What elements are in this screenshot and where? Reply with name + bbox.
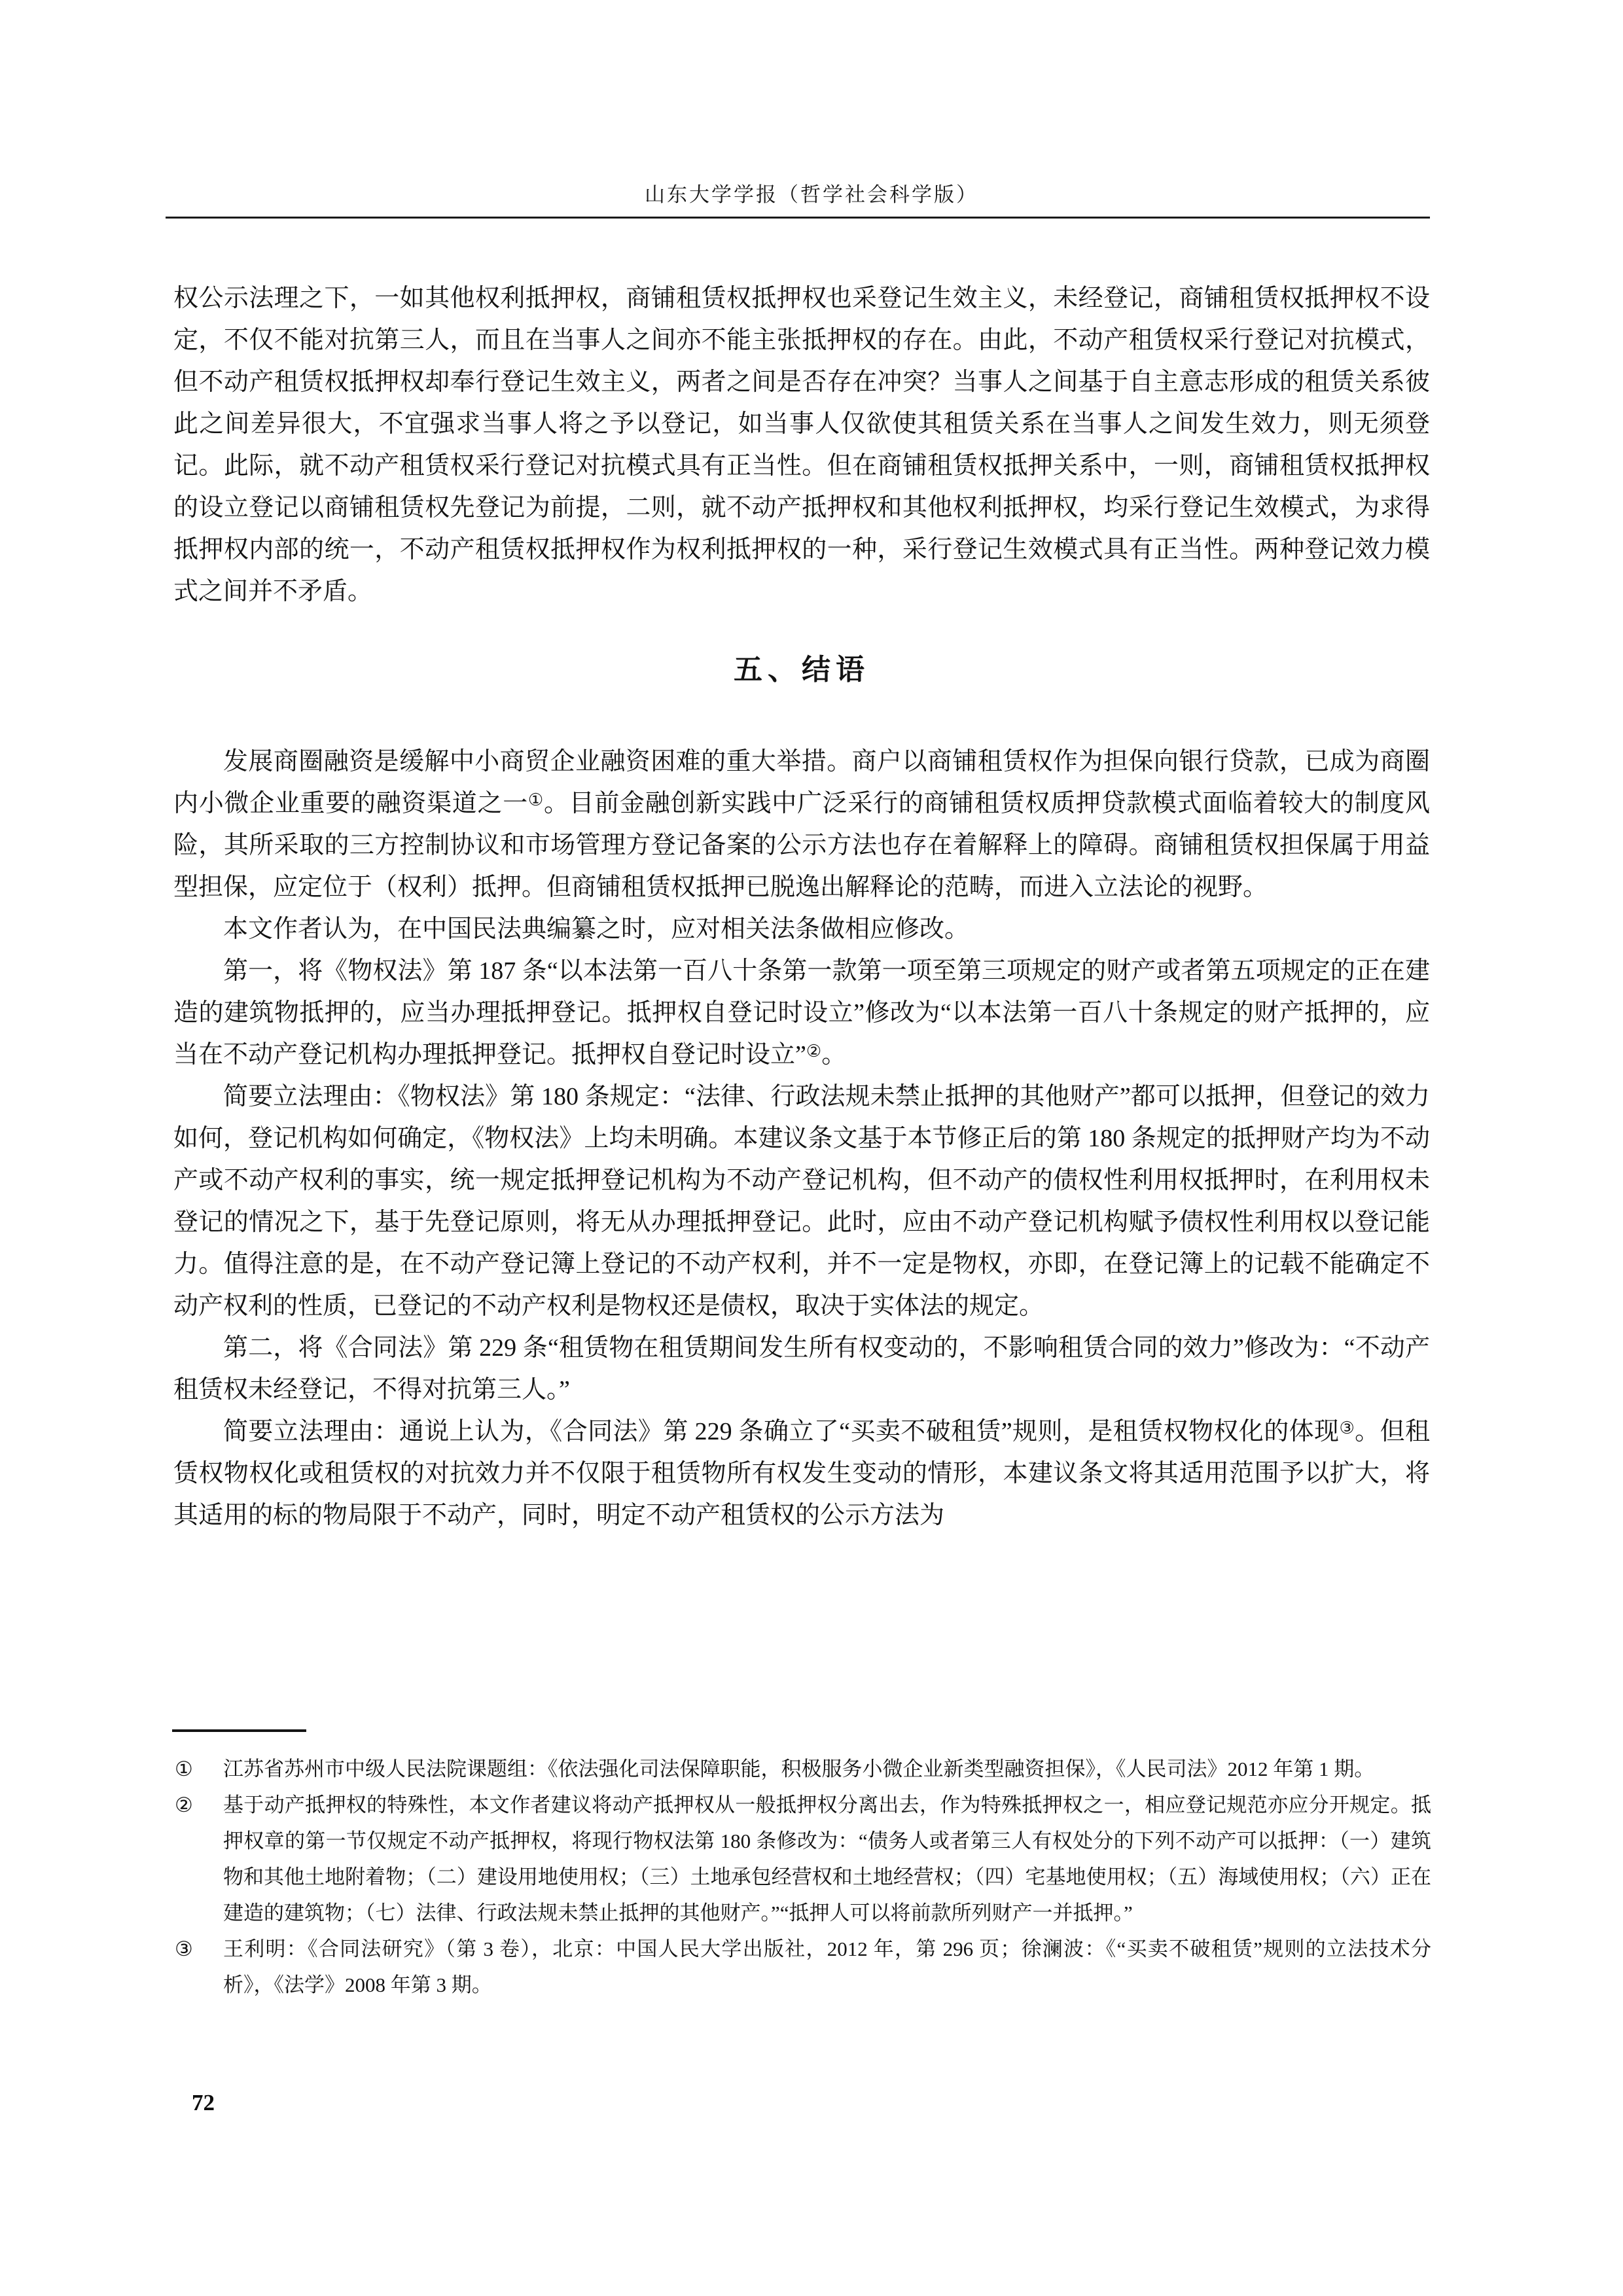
page-number: 72	[192, 2090, 215, 2116]
footnote-3-marker: ③	[175, 1931, 193, 1967]
header-divider	[166, 217, 1430, 219]
body-paragraph-4: 第一，将《物权法》第 187 条“以本法第一百八十条第一款第一项至第三项规定的财…	[173, 950, 1430, 1076]
footnote-3-text: 王利明：《合同法研究》（第 3 卷），北京：中国人民大学出版社，2012 年，第…	[223, 1937, 1431, 1996]
body-paragraph-7: 简要立法理由：通说上认为，《合同法》第 229 条确立了“买卖不破租赁”规则，是…	[173, 1411, 1430, 1536]
paragraph-text: 第一，将《物权法》第 187 条“以本法第一百八十条第一款第一项至第三项规定的财…	[173, 957, 1430, 1069]
footnote-3: ③ 王利明：《合同法研究》（第 3 卷），北京：中国人民大学出版社，2012 年…	[173, 1931, 1431, 2003]
footnote-1-marker: ①	[175, 1751, 193, 1787]
journal-header-title: 山东大学学报（哲学社会科学版）	[0, 178, 1623, 207]
paragraph-text: 。	[821, 1041, 846, 1069]
footnote-2-text: 基于动产抵押权的特殊性，本文作者建议将动产抵押权从一般抵押权分离出去，作为特殊抵…	[223, 1793, 1431, 1924]
footnote-ref-3: ③	[1339, 1419, 1355, 1438]
footnotes-section: ① 江苏省苏州市中级人民法院课题组：《依法强化司法保障职能，积极服务小微企业新类…	[173, 1751, 1431, 2003]
footnote-1: ① 江苏省苏州市中级人民法院课题组：《依法强化司法保障职能，积极服务小微企业新类…	[173, 1751, 1431, 1787]
paragraph-text: 简要立法理由：通说上认为，《合同法》第 229 条确立了“买卖不破租赁”规则，是…	[223, 1418, 1339, 1445]
footnote-ref-2: ②	[806, 1042, 821, 1061]
footnote-divider	[172, 1729, 306, 1732]
article-content: 权公示法理之下，一如其他权利抵押权，商铺租赁权抵押权也采登记生效主义，未经登记，…	[173, 277, 1430, 1536]
body-paragraph-6: 第二，将《合同法》第 229 条“租赁物在租赁期间发生所有权变动的，不影响租赁合…	[173, 1327, 1430, 1411]
footnote-2-marker: ②	[175, 1787, 193, 1823]
footnote-ref-1: ①	[528, 790, 544, 809]
body-paragraph-5: 简要立法理由：《物权法》第 180 条规定：“法律、行政法规未禁止抵押的其他财产…	[173, 1076, 1430, 1327]
journal-page: 山东大学学报（哲学社会科学版） 权公示法理之下，一如其他权利抵押权，商铺租赁权抵…	[0, 0, 1623, 2296]
section-heading: 五、结语	[173, 649, 1430, 691]
body-paragraph-2: 发展商圈融资是缓解中小商贸企业融资困难的重大举措。商户以商铺租赁权作为担保向银行…	[173, 741, 1430, 908]
body-paragraph-1: 权公示法理之下，一如其他权利抵押权，商铺租赁权抵押权也采登记生效主义，未经登记，…	[173, 277, 1430, 612]
body-paragraph-3: 本文作者认为，在中国民法典编纂之时，应对相关法条做相应修改。	[173, 908, 1430, 950]
footnote-1-text: 江苏省苏州市中级人民法院课题组：《依法强化司法保障职能，积极服务小微企业新类型融…	[223, 1757, 1374, 1780]
footnote-2: ② 基于动产抵押权的特殊性，本文作者建议将动产抵押权从一般抵押权分离出去，作为特…	[173, 1787, 1431, 1931]
